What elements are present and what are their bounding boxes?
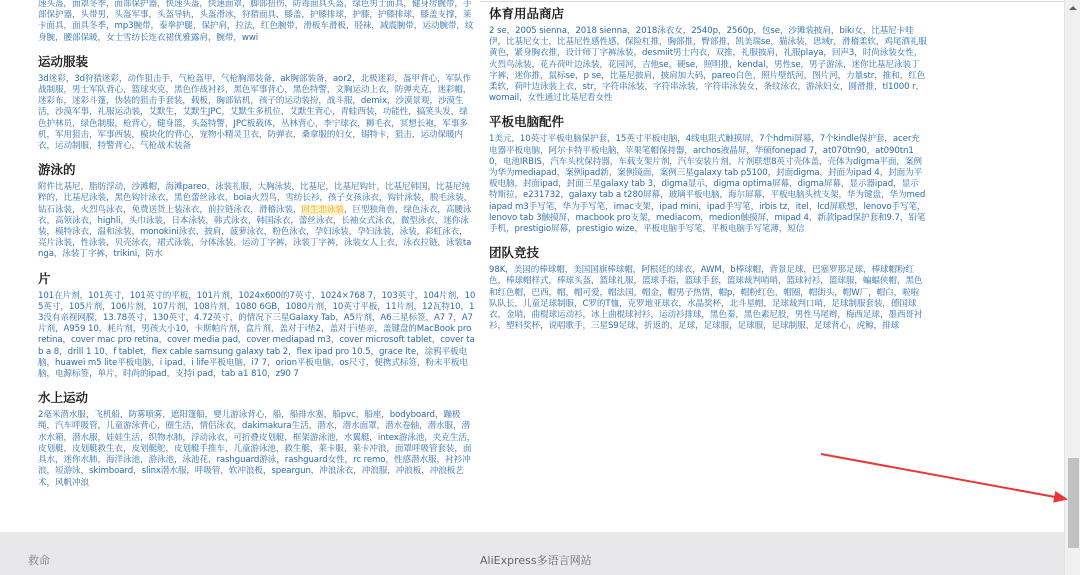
keyword-link[interactable]: 呼吸管 — [195, 466, 220, 476]
keyword-link[interactable]: 李宁球衣 — [323, 119, 357, 129]
keyword-link[interactable]: 耗片剂 — [107, 324, 132, 334]
keyword-link[interactable]: cover mac pro retina — [71, 335, 159, 345]
keyword-link[interactable]: 3d狩猎迷彩 — [74, 74, 119, 84]
keyword-link[interactable]: rashguard游泳 — [216, 455, 276, 465]
keyword-link[interactable]: 桑拿服的妇女 — [301, 130, 352, 140]
keyword-link[interactable]: 皮划艇舵 — [131, 444, 165, 454]
keyword-link[interactable]: 孕妇泳装 — [357, 227, 391, 237]
keyword-link[interactable]: str — [582, 82, 593, 92]
keyword-link[interactable]: prestigio屏幕 — [515, 224, 569, 234]
keyword-link[interactable]: 大胸泳装 — [258, 182, 292, 192]
keyword-link[interactable]: prestigio wize — [577, 224, 635, 234]
keyword-link[interactable]: 盖对于i垫2 — [279, 324, 321, 334]
scroll-up-arrow-icon[interactable] — [1069, 6, 1077, 10]
keyword-link[interactable]: A6三星标签 — [380, 313, 425, 323]
keyword-link[interactable]: 足球 — [678, 321, 695, 331]
keyword-link[interactable]: z90 7 — [276, 369, 299, 379]
keyword-link[interactable]: archos液晶屏 — [693, 146, 746, 156]
keyword-link[interactable]: 艾默生 — [148, 107, 173, 117]
footer-help-link[interactable]: 救命 — [28, 552, 50, 568]
vertical-scrollbar[interactable] — [1064, 0, 1080, 575]
keyword-link[interactable]: 圆滑推 — [848, 82, 873, 92]
keyword-link[interactable]: 字符串泳装女 — [704, 82, 755, 92]
keyword-link[interactable]: ak胸部装备 — [280, 74, 324, 84]
keyword-link[interactable]: 美国的棒球帽 — [514, 265, 565, 275]
keyword-link[interactable]: 帽W厂 — [843, 288, 868, 298]
keyword-link[interactable]: 微型泳衣 — [401, 216, 435, 226]
keyword-link[interactable]: 红色腕带 — [261, 21, 295, 31]
keyword-link[interactable]: 面部保护器 — [114, 0, 156, 9]
keyword-link[interactable]: 车载支架片剂 — [618, 157, 669, 167]
keyword-link[interactable]: 思域r — [813, 37, 833, 47]
keyword-link[interactable]: rashguard女性 — [285, 455, 345, 465]
keyword-link[interactable]: 男性se — [774, 60, 801, 70]
keyword-link[interactable]: 帽p — [718, 288, 732, 298]
keyword-link[interactable]: 迷彩帽 — [437, 85, 462, 95]
keyword-link[interactable]: 胫袜 — [354, 21, 371, 31]
keyword-link[interactable]: 帽街头 — [809, 288, 834, 298]
keyword-link[interactable]: 盒片剂 — [245, 324, 270, 334]
keyword-link[interactable]: 头盔导轨 — [157, 10, 191, 20]
keyword-link[interactable]: speargun — [271, 466, 310, 476]
keyword-link[interactable]: 水晶奖杯 — [687, 299, 721, 309]
keyword-link[interactable]: tab a1 810 — [221, 369, 267, 379]
keyword-link[interactable]: 孩子的运动装扮 — [259, 96, 318, 106]
keyword-link[interactable]: 性感潜水服 — [394, 455, 436, 465]
keyword-link[interactable]: pareo白色 — [712, 71, 753, 81]
keyword-link[interactable]: 滑板车滑板 — [303, 21, 345, 31]
keyword-link[interactable]: 沙滩帽 — [131, 182, 156, 192]
keyword-link[interactable]: 战斗服 — [327, 96, 352, 106]
keyword-link[interactable]: galaxy tab a t280屏幕 — [569, 190, 660, 200]
keyword-link[interactable]: 篮球裁判哨哨 — [727, 276, 778, 286]
keyword-link[interactable]: 4线电阻式触摸屏 — [686, 134, 751, 144]
keyword-link[interactable]: 丛林背心 — [281, 119, 315, 129]
keyword-link[interactable]: 软冲浪板 — [229, 466, 263, 476]
keyword-link[interactable]: 盖对于i垫亲 — [330, 324, 375, 334]
keyword-link[interactable]: 帽圈 — [783, 288, 800, 298]
keyword-link[interactable]: 狩猎面具 — [242, 10, 276, 20]
keyword-link[interactable]: 温和泳装 — [97, 227, 131, 237]
keyword-link[interactable]: 1080片剂 — [286, 302, 324, 312]
keyword-link[interactable]: 莱卡冲浪 — [352, 444, 386, 454]
keyword-link[interactable]: ipad手写笔 — [707, 202, 751, 212]
keyword-link[interactable]: 绿色泳衣 — [403, 205, 437, 215]
keyword-link[interactable]: 裙式泳装 — [157, 238, 191, 248]
keyword-link[interactable]: 模特泳衣 — [55, 227, 89, 237]
keyword-link[interactable]: skimboard — [89, 466, 133, 476]
keyword-link[interactable]: 迷彩斗篷 — [72, 96, 106, 106]
keyword-link[interactable]: 披肩加大码 — [661, 71, 703, 81]
keyword-link[interactable]: 框架游泳池 — [293, 433, 335, 443]
keyword-link[interactable]: 冰上曲棍球衬衫 — [591, 310, 650, 320]
keyword-link[interactable]: 107片剂 — [152, 302, 185, 312]
keyword-link[interactable]: 帽金 — [642, 288, 659, 298]
keyword-link[interactable]: 保护肩 — [201, 21, 226, 31]
keyword-link[interactable]: 潜水服 — [428, 421, 453, 431]
keyword-link[interactable]: 绿色男士面具 — [352, 0, 403, 9]
keyword-link[interactable]: 说唱歌手 — [548, 321, 582, 331]
keyword-link[interactable]: 动作狙击手 — [127, 74, 169, 84]
keyword-link[interactable]: 棒球头盔 — [557, 276, 591, 286]
keyword-link[interactable]: 水翼艇 — [344, 433, 369, 443]
keyword-link[interactable]: 迷你推 — [515, 71, 540, 81]
keyword-link[interactable]: macbook pro支架 — [576, 213, 648, 223]
keyword-link[interactable]: 运动腕带 — [422, 21, 456, 31]
keyword-link[interactable]: 阿尔卡特平板电脑 — [548, 146, 616, 156]
keyword-link[interactable]: 潜水卷轴 — [385, 421, 419, 431]
keyword-link[interactable]: 案例三星galaxy tab p5100 — [660, 168, 768, 178]
keyword-link[interactable]: 迷彩布 — [38, 96, 63, 106]
keyword-link[interactable]: 折返的 — [644, 321, 669, 331]
keyword-link[interactable]: A7 7 — [434, 313, 453, 323]
keyword-link[interactable]: 海滩pareo — [165, 182, 206, 192]
keyword-link[interactable]: 2018泳衣女 — [636, 26, 683, 36]
keyword-link[interactable]: itel — [796, 202, 809, 212]
keyword-link[interactable]: 女士雪纺长连衣裙优雅露肩 — [106, 33, 208, 43]
keyword-link[interactable]: 头盔军事 — [114, 10, 148, 20]
keyword-link[interactable]: 儿童足球制服 — [523, 299, 574, 309]
keyword-link[interactable]: 防弹夹克 — [395, 85, 429, 95]
keyword-link[interactable]: 玻璃平板电脑 — [669, 190, 720, 200]
keyword-link[interactable]: 篮球服 — [829, 276, 854, 286]
keyword-link[interactable]: 片剂联想8英寸壳体盖 — [737, 157, 819, 167]
keyword-link[interactable]: rc remo — [353, 455, 385, 465]
keyword-link[interactable]: 船 — [273, 410, 282, 420]
keyword-link[interactable]: 字符串泳装 — [602, 82, 644, 92]
keyword-link[interactable]: kendal — [738, 60, 766, 70]
keyword-link[interactable]: 冲浪板 — [396, 466, 421, 476]
keyword-link[interactable]: 汽车呼吸管 — [55, 421, 97, 431]
keyword-link[interactable]: i ipad — [160, 358, 183, 368]
keyword-link[interactable]: 新款ipad保护套和9.7 — [817, 213, 900, 223]
keyword-link[interactable]: 载板 — [191, 96, 208, 106]
keyword-link[interactable]: 海洋泳池 — [106, 455, 140, 465]
keyword-link[interactable]: A5片剂 — [344, 313, 372, 323]
keyword-link[interactable]: 凯美瑞se — [735, 37, 770, 47]
keyword-link[interactable]: 1080 6GB — [235, 302, 277, 312]
keyword-link[interactable]: 泳装女人上衣 — [344, 238, 395, 248]
keyword-link[interactable]: 织物水肺 — [148, 433, 182, 443]
keyword-link[interactable]: 运动衫排球 — [659, 310, 701, 320]
keyword-link[interactable]: 封面三星galaxy tab 3 — [567, 179, 653, 189]
keyword-link[interactable]: 夹克生活 — [433, 433, 467, 443]
keyword-link[interactable]: 106片剂 — [110, 302, 143, 312]
keyword-link[interactable]: 蕾丝泳衣 — [299, 216, 333, 226]
keyword-link[interactable]: 韩国泳衣 — [256, 216, 290, 226]
keyword-link[interactable]: dakimakura生活 — [242, 421, 309, 431]
keyword-link[interactable]: 孩子女孩泳衣 — [328, 193, 379, 203]
keyword-link[interactable]: 运动制服 — [55, 141, 89, 151]
keyword-link[interactable]: 2018 sienna — [575, 26, 627, 36]
keyword-link[interactable]: 阿根廷的球衣 — [641, 265, 692, 275]
keyword-link[interactable]: 女性通过比基尼看女性 — [528, 93, 613, 103]
keyword-link[interactable]: 比基尼泳装 — [64, 193, 106, 203]
keyword-link[interactable]: 运动丁字裤 — [242, 238, 284, 248]
keyword-link[interactable]: digma屏幕 — [797, 179, 840, 189]
keyword-link[interactable]: 短游泳 — [55, 466, 80, 476]
keyword-link[interactable]: 潜水服 — [72, 433, 97, 443]
keyword-link[interactable]: highli — [97, 216, 120, 226]
keyword-link[interactable]: 10英寸平板 — [333, 302, 378, 312]
keyword-link[interactable]: 盔甲背心 — [403, 74, 437, 84]
keyword-link[interactable]: 面罩冬季 — [72, 0, 106, 9]
keyword-link[interactable]: 泳衣拉链 — [403, 238, 437, 248]
keyword-link[interactable]: 潜水面罩 — [343, 421, 377, 431]
keyword-link[interactable]: 胸部钻机 — [216, 96, 250, 106]
keyword-link[interactable]: 130英寸 — [152, 313, 185, 323]
keyword-link[interactable]: 黑色秦 — [710, 310, 735, 320]
keyword-link[interactable]: demix — [361, 96, 387, 106]
keyword-link[interactable]: 101在片剂 — [38, 291, 80, 301]
keyword-link[interactable]: 臀部推 — [701, 37, 726, 47]
keyword-link[interactable]: 头盔滑冰 — [199, 10, 233, 20]
keyword-link[interactable]: 情侣泳衣 — [199, 421, 233, 431]
keyword-link[interactable]: 北斗星帽 — [729, 299, 763, 309]
keyword-link[interactable]: 美国国旗棒球帽 — [573, 265, 632, 275]
keyword-link[interactable]: 减震腕带 — [380, 21, 414, 31]
keyword-link[interactable]: 拉法 — [235, 21, 252, 31]
keyword-link[interactable]: 梅西足球 — [846, 310, 880, 320]
keyword-link[interactable]: 冲浪服 — [362, 466, 387, 476]
keyword-link[interactable]: huawei m5 lite平板电脑 — [55, 358, 151, 368]
keyword-link[interactable]: 黑色蕾丝泳衣 — [174, 193, 225, 203]
keyword-link[interactable]: 101片剂 — [197, 291, 230, 301]
keyword-link[interactable]: 沙漠景观 — [395, 96, 429, 106]
keyword-link[interactable]: irbis tz — [759, 202, 787, 212]
keyword-link[interactable]: 时尚泳装女性 — [863, 48, 914, 58]
keyword-link[interactable]: 韩式泳衣 — [214, 216, 248, 226]
keyword-link[interactable]: 平板电脑头枕支架 — [771, 190, 839, 200]
keyword-link[interactable]: 105片剂 — [69, 302, 102, 312]
keyword-link[interactable]: 支持i pad — [175, 369, 213, 379]
keyword-link[interactable]: 沙漠军事 — [55, 107, 89, 117]
keyword-link[interactable]: 足球背心 — [814, 321, 848, 331]
keyword-link[interactable]: 华为键盘 — [847, 190, 881, 200]
keyword-link[interactable]: 男子游泳 — [809, 60, 843, 70]
keyword-link[interactable]: 比基尼性感性感 — [557, 37, 616, 47]
keyword-link[interactable]: womail — [489, 93, 519, 103]
keyword-link[interactable]: mp3腕带 — [114, 21, 150, 31]
footer-multilanguage-link[interactable]: AliExpress多语言网站 — [480, 552, 592, 568]
keyword-link[interactable]: ipad mini — [659, 202, 698, 212]
keyword-link[interactable]: 长袖女式泳衣 — [341, 216, 392, 226]
keyword-link[interactable]: 男性马尾辫 — [795, 310, 837, 320]
keyword-link[interactable]: medion触摸屏 — [709, 213, 766, 223]
keyword-link[interactable]: 防弹衣 — [267, 130, 292, 140]
keyword-link[interactable]: 气枪盔甲 — [178, 74, 212, 84]
keyword-link[interactable]: 船座 — [364, 410, 381, 420]
keyword-link[interactable]: 比基尼女士 — [506, 37, 548, 47]
keyword-link[interactable]: 篮球衬衫 — [786, 276, 820, 286]
keyword-link[interactable]: C罗的T恤 — [582, 299, 619, 309]
keyword-link[interactable]: 船pvc — [332, 410, 355, 420]
keyword-link[interactable]: 船排水塞 — [290, 410, 324, 420]
keyword-link[interactable]: 篮球夹克 — [131, 85, 165, 95]
keyword-link[interactable]: 帽白 — [877, 288, 894, 298]
keyword-link[interactable]: 钻石泳装 — [38, 205, 72, 215]
keyword-link[interactable]: 帽男子热情 — [667, 288, 709, 298]
keyword-link[interactable]: 推和 — [883, 71, 900, 81]
keyword-link[interactable]: 分体泳装 — [199, 238, 233, 248]
keyword-link[interactable]: biki女 — [839, 26, 862, 36]
keyword-link[interactable]: 2540p — [691, 26, 718, 36]
scrollbar-thumb[interactable] — [1068, 458, 1079, 548]
keyword-link[interactable]: 脚部扭伤 — [250, 0, 284, 9]
keyword-link[interactable]: 比基尼 — [300, 182, 325, 192]
keyword-link[interactable]: os尺寸 — [339, 358, 366, 368]
keyword-link[interactable]: 绿色制服 — [80, 119, 114, 129]
keyword-link[interactable]: 108片剂 — [194, 302, 227, 312]
keyword-link[interactable]: b棒球帽 — [730, 265, 761, 275]
keyword-link[interactable]: 胸部推 — [667, 37, 692, 47]
keyword-link[interactable]: 军用狙击 — [55, 130, 89, 140]
keyword-link[interactable]: JPC板载体 — [233, 119, 272, 129]
keyword-link[interactable]: flex cable samsung galaxy tab 2 — [152, 347, 288, 357]
keyword-link[interactable]: grace lte — [379, 347, 416, 357]
keyword-link[interactable]: 金哨 — [506, 310, 523, 320]
keyword-link[interactable]: at070tn90 — [823, 146, 867, 156]
keyword-link[interactable]: 游泳妇女 — [806, 82, 840, 92]
keyword-link[interactable]: 火烈鸟泳衣 — [80, 205, 122, 215]
keyword-link[interactable]: digma optima屏幕 — [713, 179, 789, 189]
keyword-link[interactable]: 性泳装 — [80, 238, 105, 248]
keyword-link[interactable]: 皮划艇手推车 — [174, 444, 225, 454]
keyword-link[interactable]: 健身篮 — [157, 119, 182, 129]
keyword-link[interactable]: 篮球手套 — [684, 276, 718, 286]
keyword-link[interactable]: 背景足球 — [770, 265, 804, 275]
keyword-link[interactable]: monokini泳衣 — [140, 227, 196, 237]
keyword-link[interactable]: 排球 — [882, 321, 899, 331]
keyword-link[interactable]: A959 10 — [64, 324, 99, 334]
keyword-link[interactable]: 婴儿游泳背心 — [213, 410, 264, 420]
keyword-link[interactable]: 15英寸平板电脑 — [616, 134, 678, 144]
keyword-link[interactable]: 锡特卡 — [361, 130, 386, 140]
keyword-link[interactable]: 电池IRBIS — [503, 157, 542, 167]
keyword-link[interactable]: 101英寸 — [88, 291, 121, 301]
keyword-link[interactable]: 贝壳泳衣 — [114, 238, 148, 248]
keyword-link[interactable]: 7个kindle保护套 — [820, 134, 885, 144]
keyword-link[interactable]: 华硕fonepad 7 — [755, 146, 814, 156]
keyword-link[interactable]: 封面ipad — [523, 179, 558, 189]
keyword-link[interactable]: 包se — [762, 26, 780, 36]
keyword-link[interactable]: 前拉链泳衣 — [208, 205, 250, 215]
keyword-link[interactable]: i life平板电脑 — [191, 358, 243, 368]
keyword-link[interactable]: 滑稽泳装 — [259, 205, 293, 215]
keyword-link[interactable]: 花卉荷叶边泳装 — [540, 60, 599, 70]
keyword-link[interactable]: 1美元 — [489, 134, 511, 144]
keyword-link[interactable]: 时尚的ipad — [123, 369, 167, 379]
keyword-link[interactable]: 回生恋泳装 — [301, 205, 343, 215]
keyword-link[interactable]: 黑色钩针泳衣 — [114, 193, 165, 203]
keyword-link[interactable]: slinx潜水服 — [142, 466, 187, 476]
keyword-link[interactable]: 双推 — [715, 48, 732, 58]
keyword-link[interactable]: 免费送货上装泳衣 — [131, 205, 199, 215]
keyword-link[interactable]: 7个hdmi屏幕 — [759, 134, 811, 144]
keyword-link[interactable]: 礼服playa — [783, 48, 823, 58]
keyword-link[interactable]: 2560p — [727, 26, 754, 36]
keyword-link[interactable]: 4.72英寸 — [194, 313, 230, 323]
keyword-link[interactable]: 塑料奖杯 — [506, 321, 540, 331]
keyword-link[interactable]: 头盔特警 — [191, 119, 225, 129]
keyword-link[interactable]: tl1000 r — [882, 82, 915, 92]
keyword-link[interactable]: 蝙蝠侠帽 — [863, 276, 897, 286]
keyword-link[interactable]: e231732 — [523, 190, 560, 200]
keyword-link[interactable]: AWM — [701, 265, 722, 275]
keyword-link[interactable]: 汽车头枕保持器 — [550, 157, 609, 167]
keyword-link[interactable]: flex ipad pro 10.5 — [297, 347, 371, 357]
keyword-link[interactable]: 案例ipad新 — [565, 168, 609, 178]
keyword-link[interactable]: 华为手写笔 — [563, 202, 605, 212]
keyword-link[interactable]: mediacom — [656, 213, 700, 223]
keyword-link[interactable]: 紧身胸衣推 — [515, 48, 557, 58]
keyword-link[interactable]: 护膝排球 — [310, 10, 344, 20]
keyword-link[interactable]: 潜水 — [317, 421, 334, 431]
keyword-link[interactable]: 足球服 — [704, 321, 729, 331]
keyword-link[interactable]: 腕带 — [216, 33, 233, 43]
keyword-link[interactable]: 风帆冲浪 — [55, 478, 89, 488]
keyword-link[interactable]: 平板电脑手写笔薄 — [711, 224, 779, 234]
keyword-link[interactable]: 2毫米潜水服 — [38, 410, 86, 420]
keyword-link[interactable]: 泳装丁字裤 — [62, 249, 104, 259]
keyword-link[interactable]: 雪纺长衫 — [285, 193, 319, 203]
keyword-link[interactable]: 钩针泳装 — [387, 193, 421, 203]
keyword-link[interactable]: 卡斯帕片剂 — [194, 324, 236, 334]
keyword-link[interactable]: 巨型独角兽 — [352, 205, 394, 215]
keyword-link[interactable]: 菠萝泳衣 — [230, 227, 264, 237]
keyword-link[interactable]: 鼠标se — [548, 71, 575, 81]
keyword-link[interactable]: 孕妇泳装 — [315, 227, 349, 237]
keyword-link[interactable]: 11片剂 — [386, 302, 414, 312]
keyword-link[interactable]: 黑色素尼股 — [744, 310, 786, 320]
keyword-link[interactable]: 帽法国 — [608, 288, 633, 298]
keyword-link[interactable]: i7 7 — [251, 358, 267, 368]
keyword-link[interactable]: 三星S9足球 — [591, 321, 636, 331]
keyword-link[interactable]: 103英寸 — [381, 291, 414, 301]
keyword-link[interactable]: 膝盖支撑 — [420, 10, 454, 20]
keyword-link[interactable]: 军事西装 — [97, 130, 131, 140]
keyword-link[interactable]: 黑色军事背心 — [233, 85, 284, 95]
keyword-link[interactable]: 莱卡服 — [318, 444, 343, 454]
keyword-link[interactable]: 泳装丁字裤 — [293, 238, 335, 248]
keyword-link[interactable]: 2 se — [489, 26, 507, 36]
keyword-link[interactable]: 高领泳衣 — [55, 216, 89, 226]
keyword-link[interactable]: boia火烈鸟 — [233, 193, 276, 203]
keyword-link[interactable]: 巴西 — [531, 288, 548, 298]
keyword-link[interactable]: 101英寸的平板 — [130, 291, 189, 301]
keyword-link[interactable]: 封面为ipad 4 — [828, 168, 880, 178]
keyword-link[interactable]: 字符串泳装 — [653, 82, 695, 92]
keyword-link[interactable]: cover mediapad m3 — [246, 335, 330, 345]
keyword-link[interactable]: 照明推 — [704, 60, 729, 70]
keyword-link[interactable]: 头巾泳装 — [129, 216, 163, 226]
keyword-link[interactable]: intex游泳池 — [378, 433, 424, 443]
keyword-link[interactable]: 披肩 — [204, 227, 221, 237]
keyword-link[interactable]: 条纹泳衣 — [764, 82, 798, 92]
keyword-link[interactable]: 沙滩装披肩 — [788, 26, 830, 36]
keyword-link[interactable]: 可折叠皮划艇 — [233, 433, 284, 443]
keyword-link[interactable]: 帽可爱 — [574, 288, 599, 298]
keyword-link[interactable]: 搞笑头发 — [417, 107, 451, 117]
keyword-link[interactable]: 巴塞罗那足球 — [812, 265, 863, 275]
keyword-link[interactable]: 的情况下三星Galaxy Tab — [238, 313, 335, 323]
keyword-link[interactable]: lenovo tab 3触摸屏 — [489, 213, 567, 223]
keyword-link[interactable]: 脱毛泳装 — [430, 193, 464, 203]
keyword-link[interactable]: 狙击 — [395, 130, 412, 140]
keyword-link[interactable]: 回声3 — [832, 48, 854, 58]
keyword-link[interactable]: 膝盖 — [284, 10, 301, 20]
keyword-link[interactable]: 艾默生多机位 — [230, 107, 281, 117]
